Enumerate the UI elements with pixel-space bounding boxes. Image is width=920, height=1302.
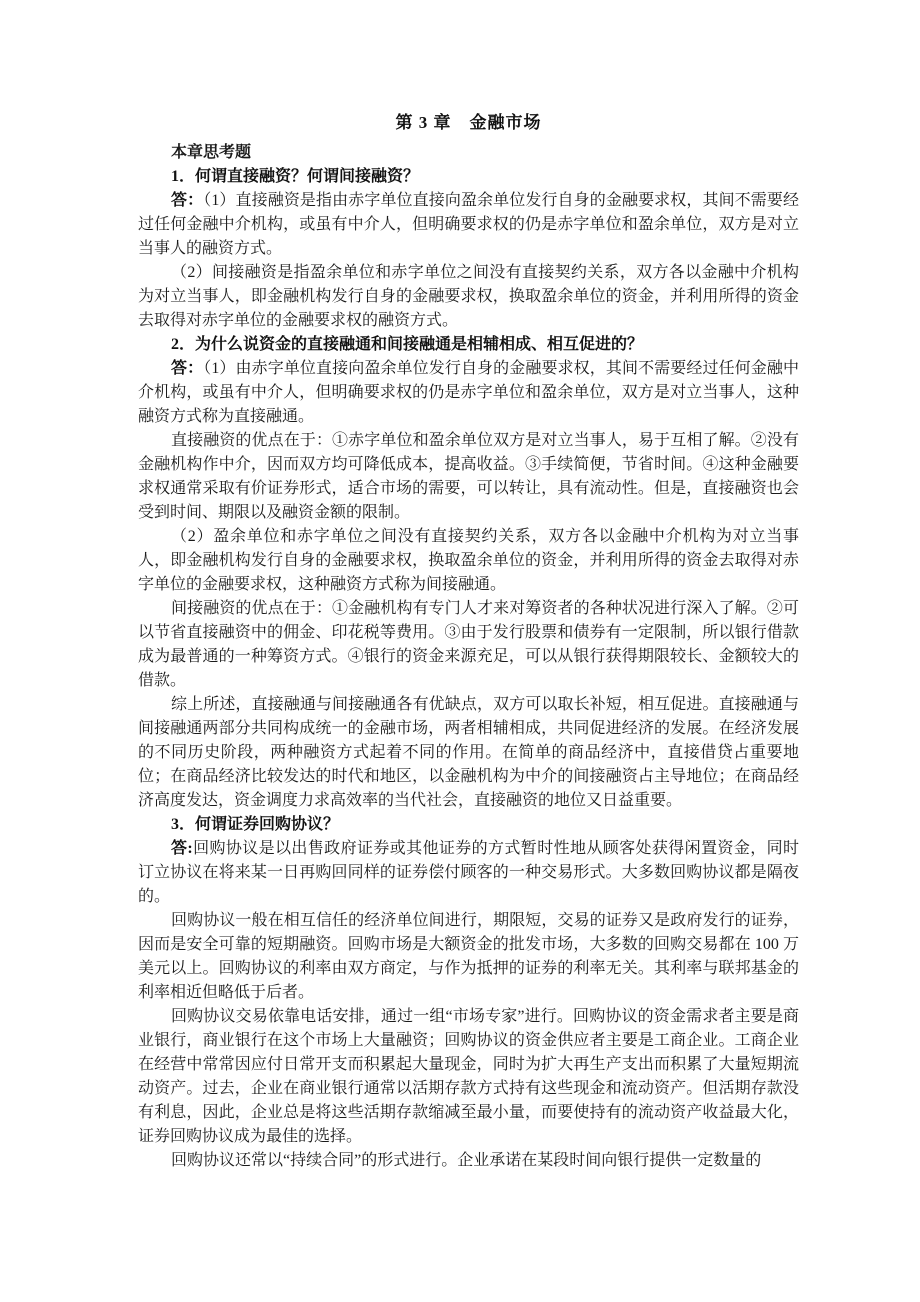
document-page: 第 3 章 金融市场 本章思考题 1．何谓直接融资？何谓间接融资？答：（1）直接…: [0, 0, 920, 1302]
body-paragraph: 回购协议交易依靠电话安排，通过一组“市场专家”进行。回购协议的资金需求者主要是商…: [138, 1005, 799, 1149]
body-paragraph: 综上所述，直接融通与间接融通各有优缺点，双方可以取长补短，相互促进。直接融通与间…: [138, 693, 799, 813]
answer-paragraph: 答:回购协议是以出售政府证券或其他证券的方式暂时性地从顾客处获得闲置资金，同时订…: [138, 837, 799, 909]
document-content: 本章思考题 1．何谓直接融资？何谓间接融资？答：（1）直接融资是指由赤字单位直接…: [138, 141, 799, 1173]
question-heading: 2．为什么说资金的直接融通和间接融通是相辅相成、相互促进的？: [138, 333, 799, 357]
answer-label: 答：: [171, 360, 203, 377]
answer-label: 答:: [171, 840, 193, 857]
answer-label: 答：: [171, 192, 203, 209]
body-paragraph: （2）盈余单位和赤字单位之间没有直接契约关系，双方各以金融中介机构为对立当事人，…: [138, 525, 799, 597]
body-paragraph: 回购协议还常以“持续合同”的形式进行。企业承诺在某段时间向银行提供一定数量的: [138, 1149, 799, 1173]
section-heading: 本章思考题: [138, 141, 799, 165]
question-answer-blocks: 1．何谓直接融资？何谓间接融资？答：（1）直接融资是指由赤字单位直接向盈余单位发…: [138, 165, 799, 1173]
body-paragraph: （2）间接融资是指盈余单位和赤字单位之间没有直接契约关系，双方各以金融中介机构为…: [138, 261, 799, 333]
question-heading: 1．何谓直接融资？何谓间接融资？: [138, 165, 799, 189]
answer-paragraph: 答：（1）由赤字单位直接向盈余单位发行自身的金融要求权，其间不需要经过任何金融中…: [138, 357, 799, 429]
body-paragraph: 间接融资的优点在于：①金融机构有专门人才来对筹资者的各种状况进行深入了解。②可以…: [138, 597, 799, 693]
question-heading: 3．何谓证券回购协议？: [138, 813, 799, 837]
text-block: 第 3 章 金融市场 本章思考题 1．何谓直接融资？何谓间接融资？答：（1）直接…: [138, 0, 799, 1173]
body-paragraph: 回购协议一般在相互信任的经济单位间进行，期限短，交易的证券又是政府发行的证券，因…: [138, 909, 799, 1005]
body-paragraph: 直接融资的优点在于：①赤字单位和盈余单位双方是对立当事人，易于互相了解。②没有金…: [138, 429, 799, 525]
chapter-title: 第 3 章 金融市场: [138, 111, 799, 135]
answer-paragraph: 答：（1）直接融资是指由赤字单位直接向盈余单位发行自身的金融要求权，其间不需要经…: [138, 189, 799, 261]
